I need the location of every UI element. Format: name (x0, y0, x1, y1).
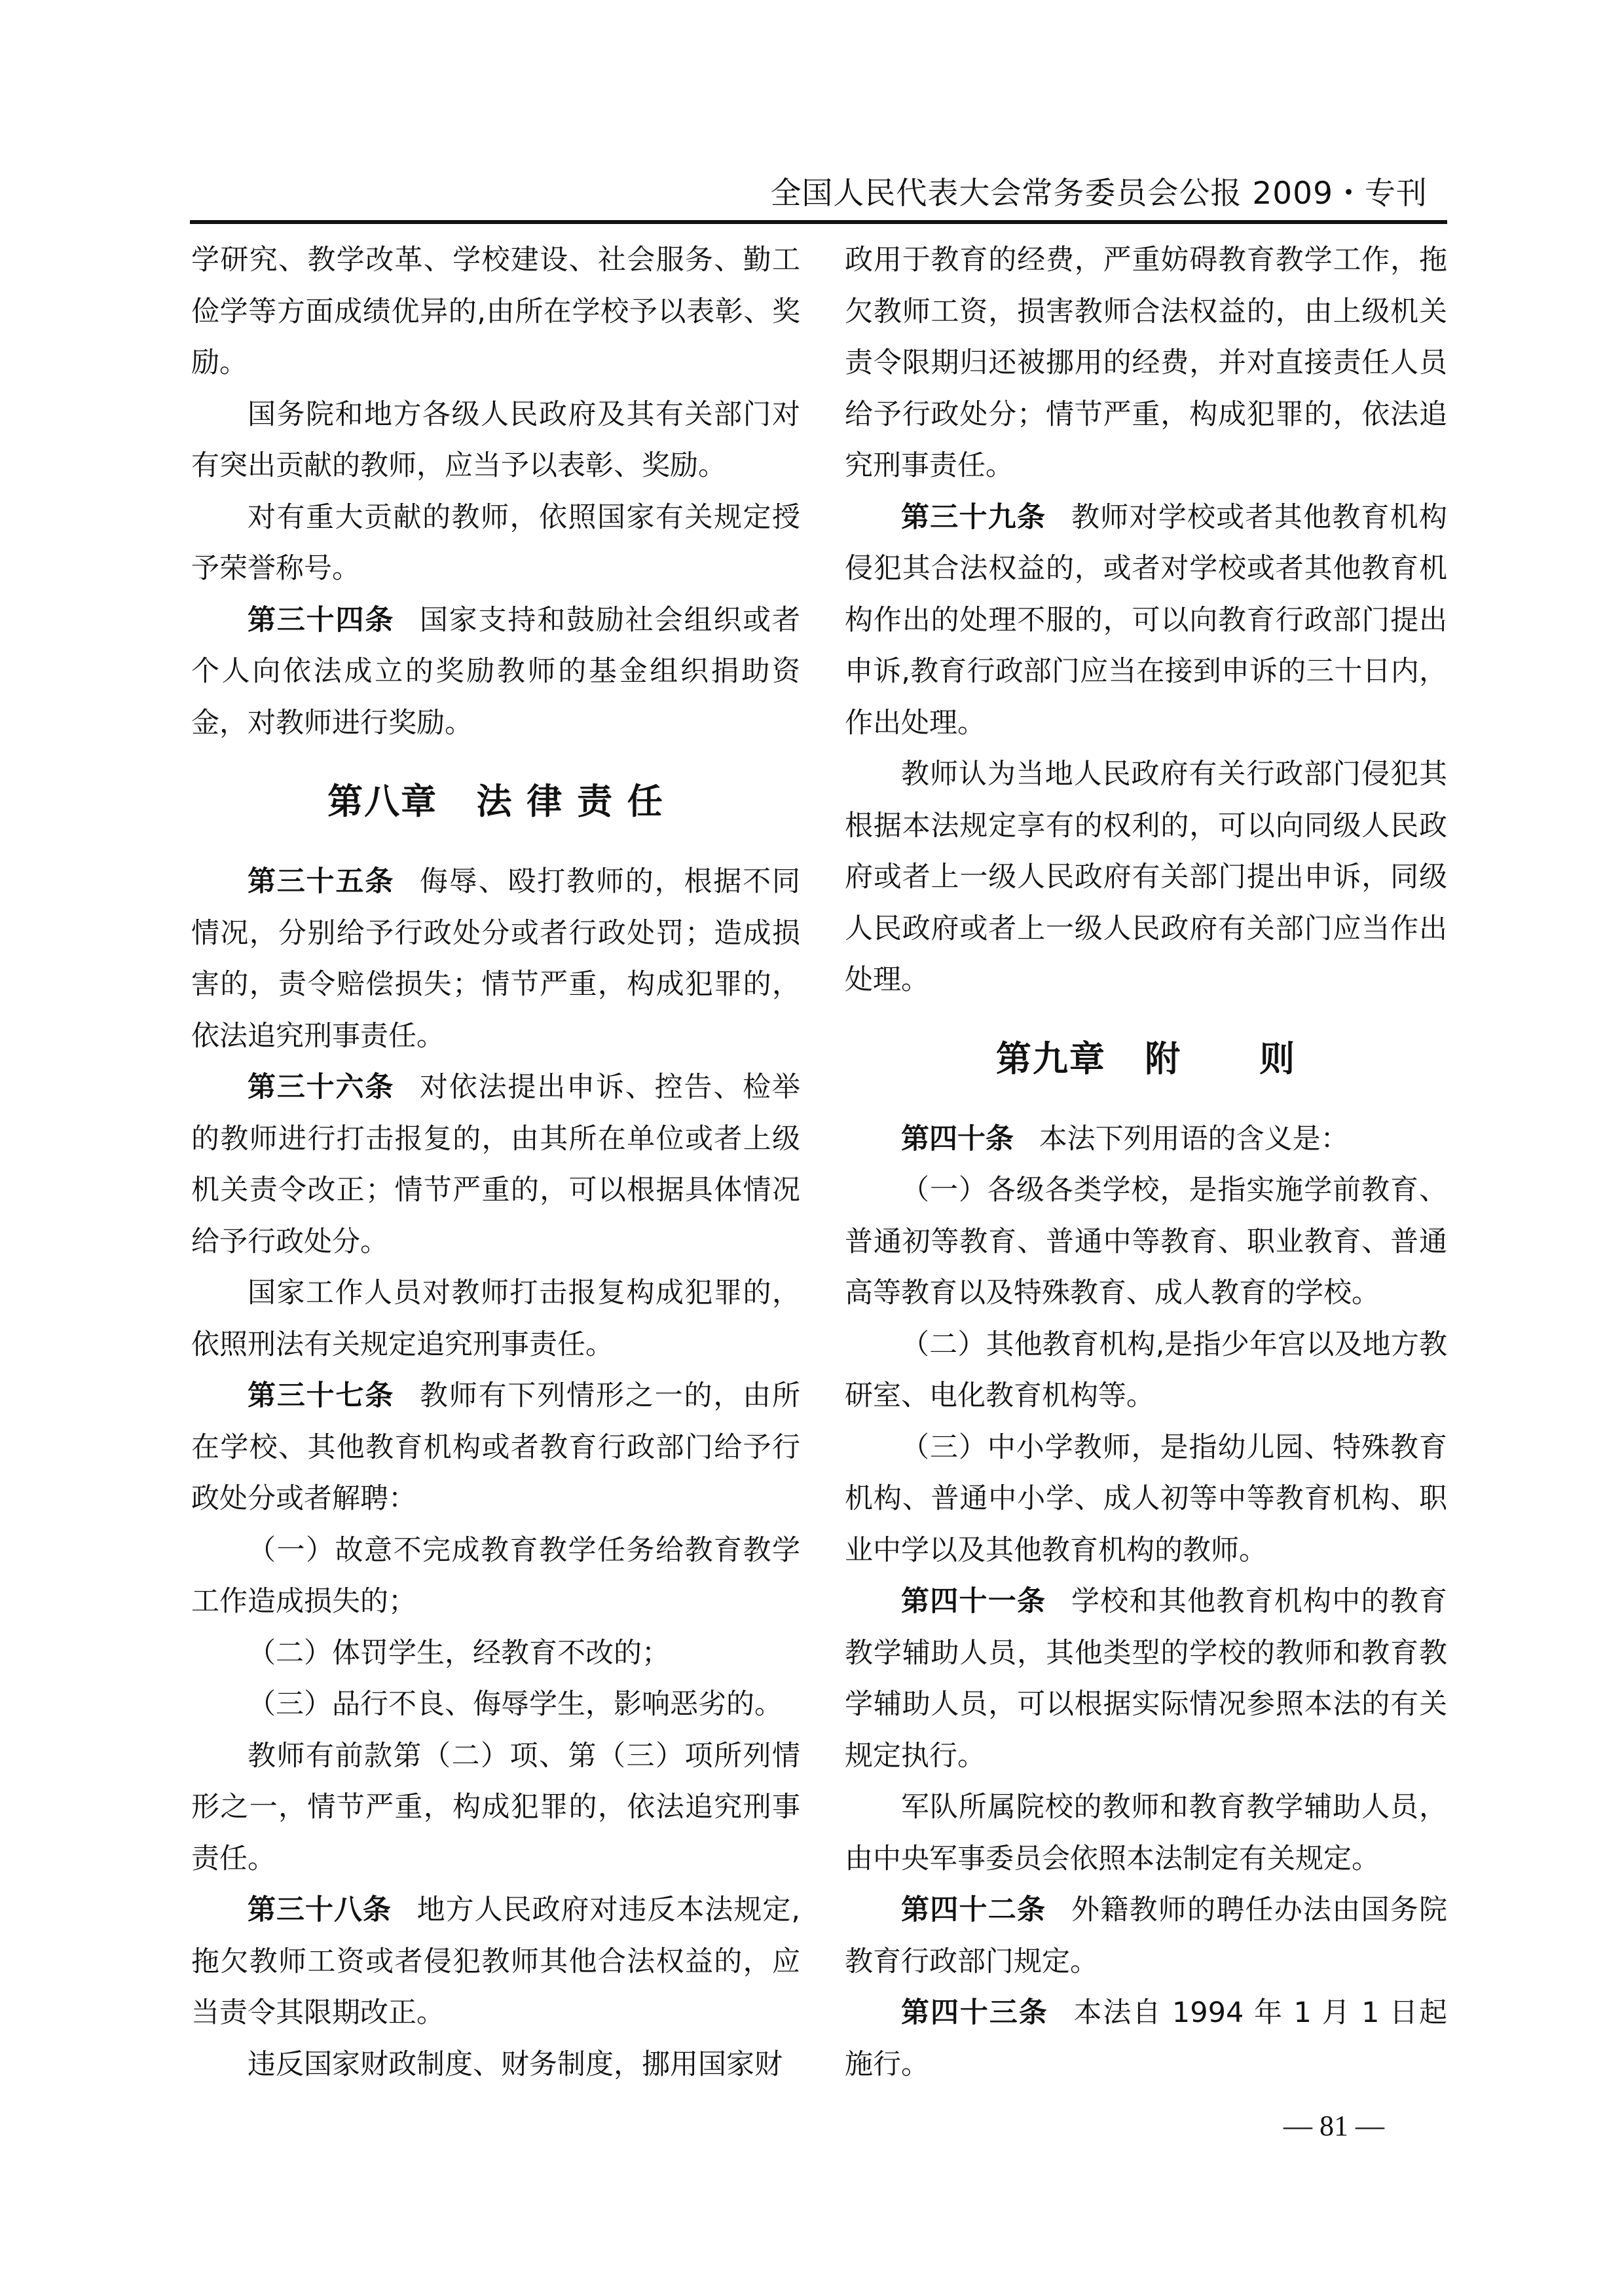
paragraph: 教师认为当地人民政府有关行政部门侵犯其根据本法规定享有的权利的，可以向同级人民政… (845, 749, 1447, 1006)
article-43: 第四十三条本法自 1994 年 1 月 1 日起施行。 (845, 1987, 1447, 2090)
chapter-title-part: 附 (1145, 1038, 1181, 1079)
list-item: （三）中小学教师，是指幼儿园、特殊教育机构、普通中小学、成人初等中等教育机构、职… (845, 1422, 1447, 1577)
list-item: （一）故意不完成教育教学任务给教育教学工作造成损失的； (191, 1525, 800, 1628)
article-42: 第四十二条外籍教师的聘任办法由国务院教育行政部门规定。 (845, 1884, 1447, 1987)
paragraph: 国家工作人员对教师打击报复构成犯罪的，依照刑法有关规定追究刑事责任。 (191, 1267, 800, 1370)
right-column: 政用于教育的经费，严重妨碍教育教学工作，拖欠教师工资，损害教师合法权益的，由上级… (845, 234, 1447, 2090)
article-label: 第三十九条 (901, 501, 1046, 534)
chapter-number: 第八章 (327, 781, 437, 822)
list-item: （二）体罚学生，经教育不改的； (191, 1628, 800, 1679)
article-text: 本法下列用语的含义是： (1039, 1123, 1349, 1155)
paragraph: 学研究、教学改革、学校建设、社会服务、勤工俭学等方面成绩优异的,由所在学校予以表… (191, 234, 800, 389)
article-label: 第三十六条 (248, 1071, 394, 1104)
paragraph: 国务院和地方各级人民政府及其有关部门对有突出贡献的教师，应当予以表彰、奖励。 (191, 389, 800, 492)
article-label: 第四十一条 (901, 1585, 1046, 1618)
article-label: 第四十条 (901, 1123, 1014, 1155)
article-label: 第三十八条 (248, 1894, 392, 1926)
page-number: — 81 — (1283, 2109, 1384, 2142)
article-37: 第三十七条教师有下列情形之一的，由所在学校、其他教育机构或者教育行政部门给予行政… (191, 1370, 800, 1525)
article-35: 第三十五条侮辱、殴打教师的，根据不同情况，分别给予行政处分或者行政处罚；造成损害… (191, 856, 800, 1062)
article-38: 第三十八条地方人民政府对违反本法规定,拖欠教师工资或者侵犯教师其他合法权益的，应… (191, 1884, 800, 2039)
article-40: 第四十条本法下列用语的含义是： (845, 1113, 1447, 1165)
article-label: 第三十五条 (248, 865, 394, 898)
chapter-heading-9: 第九章附则 (845, 1023, 1447, 1095)
article-label: 第四十三条 (901, 1996, 1048, 2029)
article-34: 第三十四条国家支持和鼓励社会组织或者个人向依法成立的奖励教师的基金组织捐助资金，… (191, 595, 800, 749)
list-item: （二）其他教育机构,是指少年宫以及地方教研室、电化教育机构等。 (845, 1319, 1447, 1422)
article-36: 第三十六条对依法提出申诉、控告、检举的教师进行打击报复的，由其所在单位或者上级机… (191, 1062, 800, 1267)
paragraph: 教师有前款第（二）项、第（三）项所列情形之一，情节严重，构成犯罪的，依法追究刑事… (191, 1730, 800, 1885)
chapter-number: 第九章 (996, 1038, 1106, 1079)
list-item: （三）品行不良、侮辱学生，影响恶劣的。 (191, 1679, 800, 1730)
article-label: 第三十七条 (248, 1379, 394, 1412)
article-label: 第四十二条 (901, 1894, 1046, 1926)
paragraph: 政用于教育的经费，严重妨碍教育教学工作，拖欠教师工资，损害教师合法权益的，由上级… (845, 234, 1447, 492)
article-41: 第四十一条学校和其他教育机构中的教育教学辅助人员，其他类型的学校的教师和教育教学… (845, 1576, 1447, 1782)
paragraph: 对有重大贡献的教师，依照国家有关规定授予荣誉称号。 (191, 492, 800, 595)
article-39: 第三十九条教师对学校或者其他教育机构侵犯其合法权益的，或者对学校或者其他教育机构… (845, 492, 1447, 749)
list-item: （一）各级各类学校，是指实施学前教育、普通初等教育、普通中等教育、职业教育、普通… (845, 1165, 1447, 1319)
page-header: 全国人民代表大会常务委员会公报 2009・专刊 (190, 157, 1447, 224)
journal-title: 全国人民代表大会常务委员会公报 2009・专刊 (770, 169, 1428, 213)
article-text: 教师对学校或者其他教育机构侵犯其合法权益的，或者对学校或者其他教育机构作出的处理… (845, 501, 1447, 739)
article-label: 第三十四条 (248, 604, 394, 637)
paragraph: 违反国家财政制度、财务制度，挪用国家财 (191, 2039, 800, 2091)
chapter-title: 法 律 责 任 (476, 781, 663, 822)
left-column: 学研究、教学改革、学校建设、社会服务、勤工俭学等方面成绩优异的,由所在学校予以表… (191, 234, 800, 2090)
chapter-title-part: 则 (1259, 1038, 1296, 1079)
paragraph: 军队所属院校的教师和教育教学辅助人员，由中央军事委员会依照本法制定有关规定。 (845, 1782, 1447, 1884)
chapter-heading-8: 第八章法 律 责 任 (191, 766, 800, 838)
